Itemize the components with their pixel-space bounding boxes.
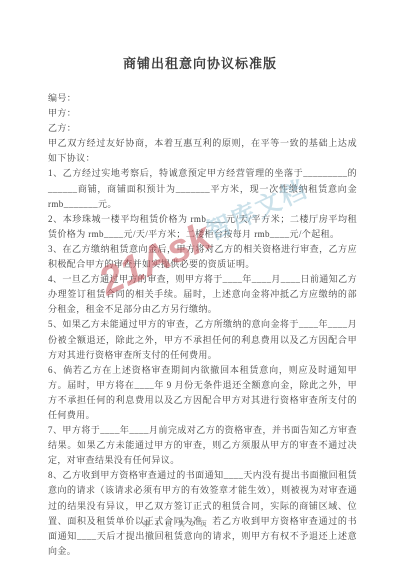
contract-clause-7: 7、甲方将于____年____月前完成对乙方的资格审查，并书面告知乙方审查结果。… bbox=[48, 423, 357, 468]
field-party-a-label: 甲方： bbox=[48, 106, 357, 121]
field-number-label: 编号： bbox=[48, 91, 357, 106]
contract-preamble: 甲乙双方经过友好协商，本着互惠互利的原则，在平等一致的基础上达成如下协议： bbox=[48, 136, 357, 166]
document-title: 商铺出租意向协议标准版 bbox=[0, 53, 400, 72]
field-party-b-label: 乙方： bbox=[48, 121, 357, 136]
contract-clause-8: 8、乙方收到甲方资格审查通过的书面通知____天内没有提出书面撤回租赁意向的请求… bbox=[48, 468, 357, 559]
contract-clause-6: 6、倘若乙方在上述资格审查期间内欲撤回本租赁意向，则应及时通知甲方。届时，甲方将… bbox=[48, 363, 357, 423]
contract-clause-5: 5、如果乙方未能通过甲方的审查，乙方所缴纳的意向金将于____年____月份被全… bbox=[48, 317, 357, 362]
contract-clause-4: 4、一旦乙方通过甲方的审查，则甲方将于____年____月____日前通知乙方办… bbox=[48, 272, 357, 317]
page-number: 第 1 页 共 2 页 bbox=[0, 519, 352, 529]
contract-page: 商铺出租意向协议标准版 21Ask智库文档 编号： 甲方： 乙方： 甲乙双方经过… bbox=[0, 0, 400, 565]
contract-clause-2: 2、本珍珠城一楼平均租赁价格为 rmb____元/天/平方米；二楼厅房平均租赁价… bbox=[48, 212, 357, 242]
contract-clause-1: 1、乙方经过实地考察后，特诚意预定甲方经营管理的坐落于_________的___… bbox=[48, 166, 357, 211]
contract-body: 编号： 甲方： 乙方： 甲乙双方经过友好协商，本着互惠互利的原则，在平等一致的基… bbox=[48, 91, 357, 559]
contract-clause-3: 3、在乙方缴纳租赁意向金后，甲方将对乙方的相关资格进行审查，乙方应积极配合甲方的… bbox=[48, 242, 357, 272]
